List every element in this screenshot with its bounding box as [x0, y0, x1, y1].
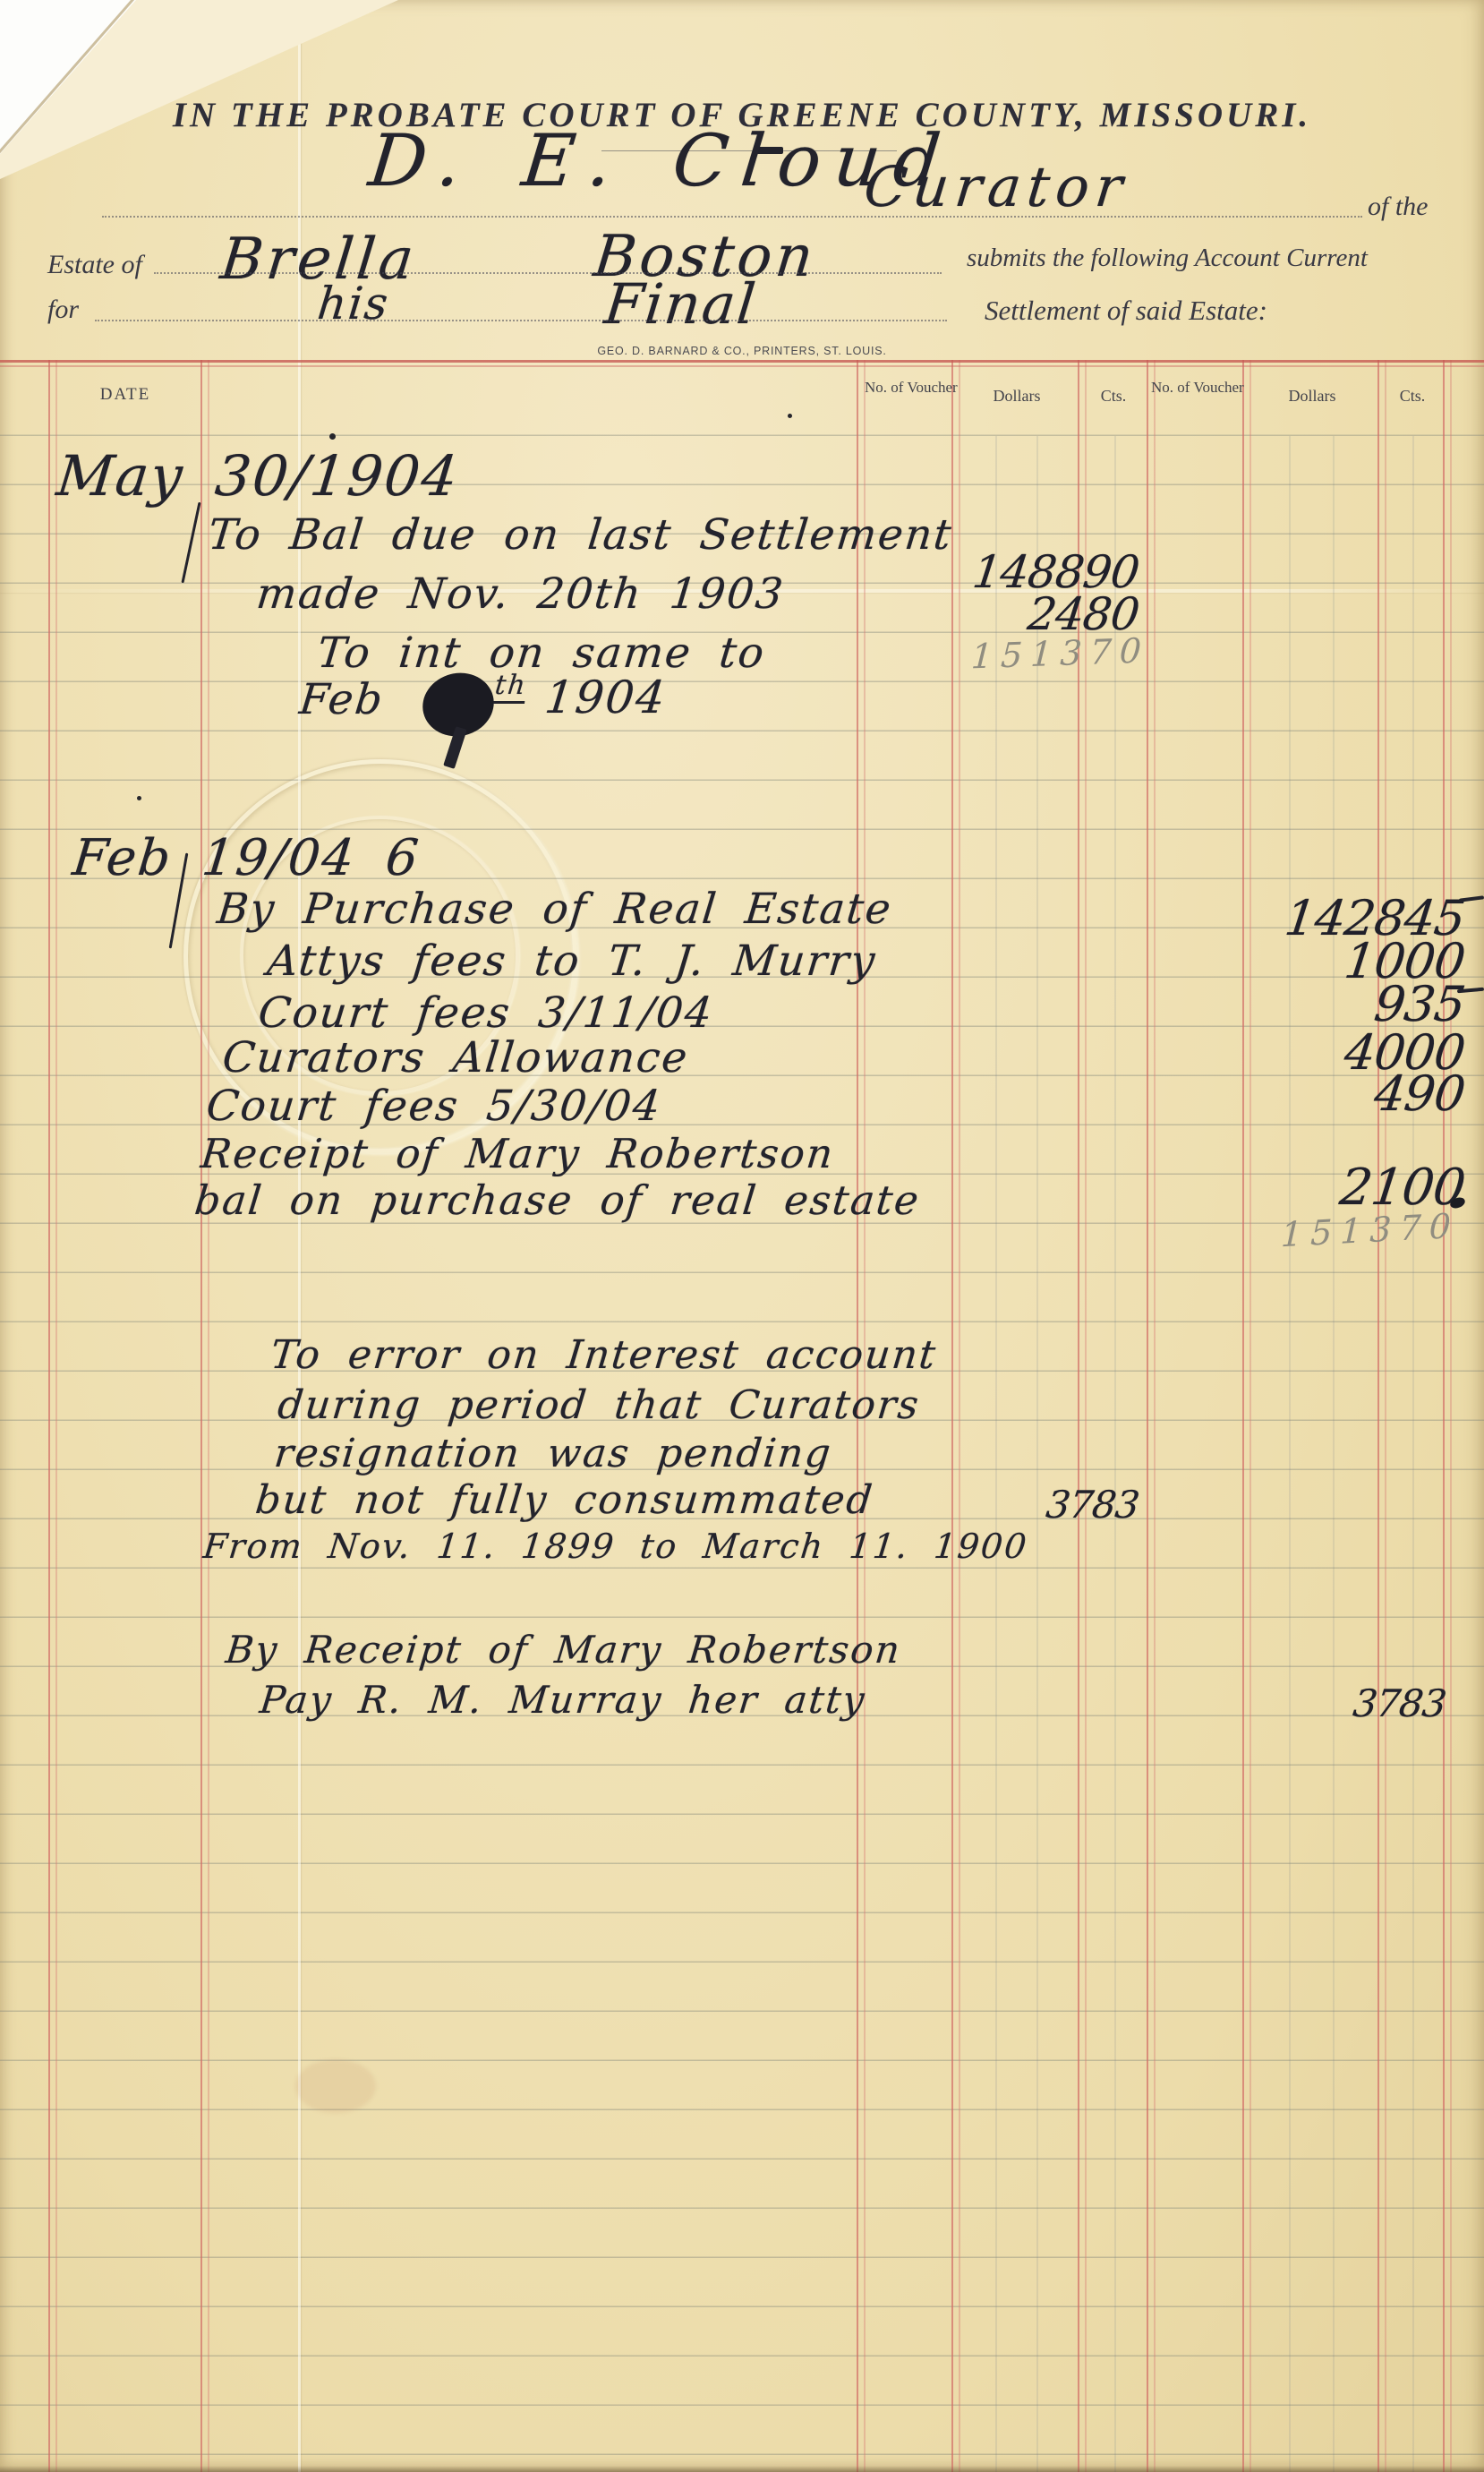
entry-line: Receipt of Mary Robertson	[199, 1130, 837, 1177]
entry-line: resignation was pending	[272, 1431, 834, 1476]
vertical-paper-crease	[298, 0, 301, 2472]
entry-line: Curators Allowance	[220, 1033, 691, 1082]
of-the-label: of the	[1368, 192, 1429, 222]
pencil-total-debit: 151370	[970, 631, 1142, 677]
curator-role-handwritten: Curator	[861, 154, 1132, 219]
entry-line: To int on same to	[315, 629, 768, 678]
entry-line: From Nov. 11. 1899 to March 11. 1900	[201, 1527, 1030, 1566]
column-header-voucher-left: No. of Voucher	[865, 379, 954, 397]
ink-speck	[329, 433, 336, 440]
column-header-dollars-right: Dollars	[1254, 387, 1370, 406]
dotted-rule-1	[102, 215, 1362, 218]
column-header-cents-right: Cts.	[1381, 387, 1444, 406]
column-rule-voucher-right	[1147, 360, 1156, 2472]
entry-line: Pay R. M. Murray her atty	[258, 1678, 868, 1722]
entry-line: Court fees 3/11/04	[256, 988, 716, 1038]
ink-speck	[788, 414, 792, 418]
column-header-dollars-left: Dollars	[963, 387, 1070, 406]
ink-speck	[137, 796, 141, 800]
amount-debit-interest-error: 3783	[928, 1483, 1141, 1527]
settlement-label: Settlement of said Estate:	[985, 295, 1267, 327]
subcolumn-line	[1333, 436, 1335, 2472]
column-header-voucher-right: No. of Voucher	[1151, 379, 1241, 397]
entry-line: By Purchase of Real Estate	[215, 885, 895, 934]
entry-line-feb-year: 1904	[542, 671, 669, 723]
subcolumn-line	[1412, 436, 1414, 2472]
subcolumn-line	[1114, 436, 1116, 2472]
column-rule-dollars-right	[1242, 360, 1251, 2472]
column-rule-date-right	[200, 360, 209, 2472]
entry-line: made Nov. 20th 1903	[254, 569, 787, 619]
submits-label: submits the following Account Current	[967, 244, 1368, 273]
horizontal-ledger-rules	[0, 387, 1484, 2472]
for-word-final: Final	[601, 271, 760, 337]
entry-line: Court fees 5/30/04	[204, 1082, 664, 1131]
column-rule-left-margin	[48, 360, 57, 2472]
dotted-rule-3	[95, 319, 947, 321]
subcolumn-line	[995, 436, 997, 2472]
amount-credit-court-fees-2: 490	[1245, 1065, 1468, 1122]
table-top-rule-heavy	[0, 360, 1484, 363]
dotted-rule-2	[154, 271, 942, 274]
entry-line-feb-pre: Feb	[297, 675, 387, 724]
column-rule-right-margin	[1443, 360, 1452, 2472]
entry-date-may: May 30/1904	[54, 443, 462, 509]
entry-line: By Receipt of Mary Robertson	[224, 1628, 903, 1672]
table-top-rule-light	[0, 365, 1484, 367]
column-header-date: DATE	[72, 385, 179, 405]
for-label: for	[47, 295, 79, 325]
entry-line: To error on Interest account	[269, 1332, 939, 1378]
entry-date-feb: Feb 19/04 6	[70, 829, 422, 887]
column-header-cents-left: Cts.	[1082, 387, 1145, 406]
for-word-his: his	[315, 278, 392, 329]
estate-of-label: Estate of	[47, 250, 142, 280]
scan-bottom-edge	[0, 2466, 1484, 2472]
entry-line: To Bal due on last Settlement	[206, 510, 955, 560]
entry-line-feb-sup: th	[493, 670, 528, 704]
subcolumn-line	[1036, 436, 1038, 2472]
paper-stain	[295, 2059, 376, 2113]
amount-credit-receipt: 3783	[1246, 1681, 1448, 1725]
column-rule-dollars-left	[951, 360, 960, 2472]
entry-line: bal on purchase of real estate	[192, 1176, 923, 1224]
entry-line: during period that Curators	[276, 1382, 922, 1428]
column-rule-cents-left	[1078, 360, 1087, 2472]
subcolumn-line	[1289, 436, 1291, 2472]
probate-ledger-page: IN THE PROBATE COURT OF GREENE COUNTY, M…	[0, 0, 1484, 2472]
printer-credit: GEO. D. BARNARD & CO., PRINTERS, ST. LOU…	[0, 345, 1484, 357]
column-rule-cents-right	[1377, 360, 1386, 2472]
entry-line: but not fully consummated	[253, 1477, 876, 1523]
entry-line: Attys fees to T. J. Murry	[265, 937, 879, 986]
